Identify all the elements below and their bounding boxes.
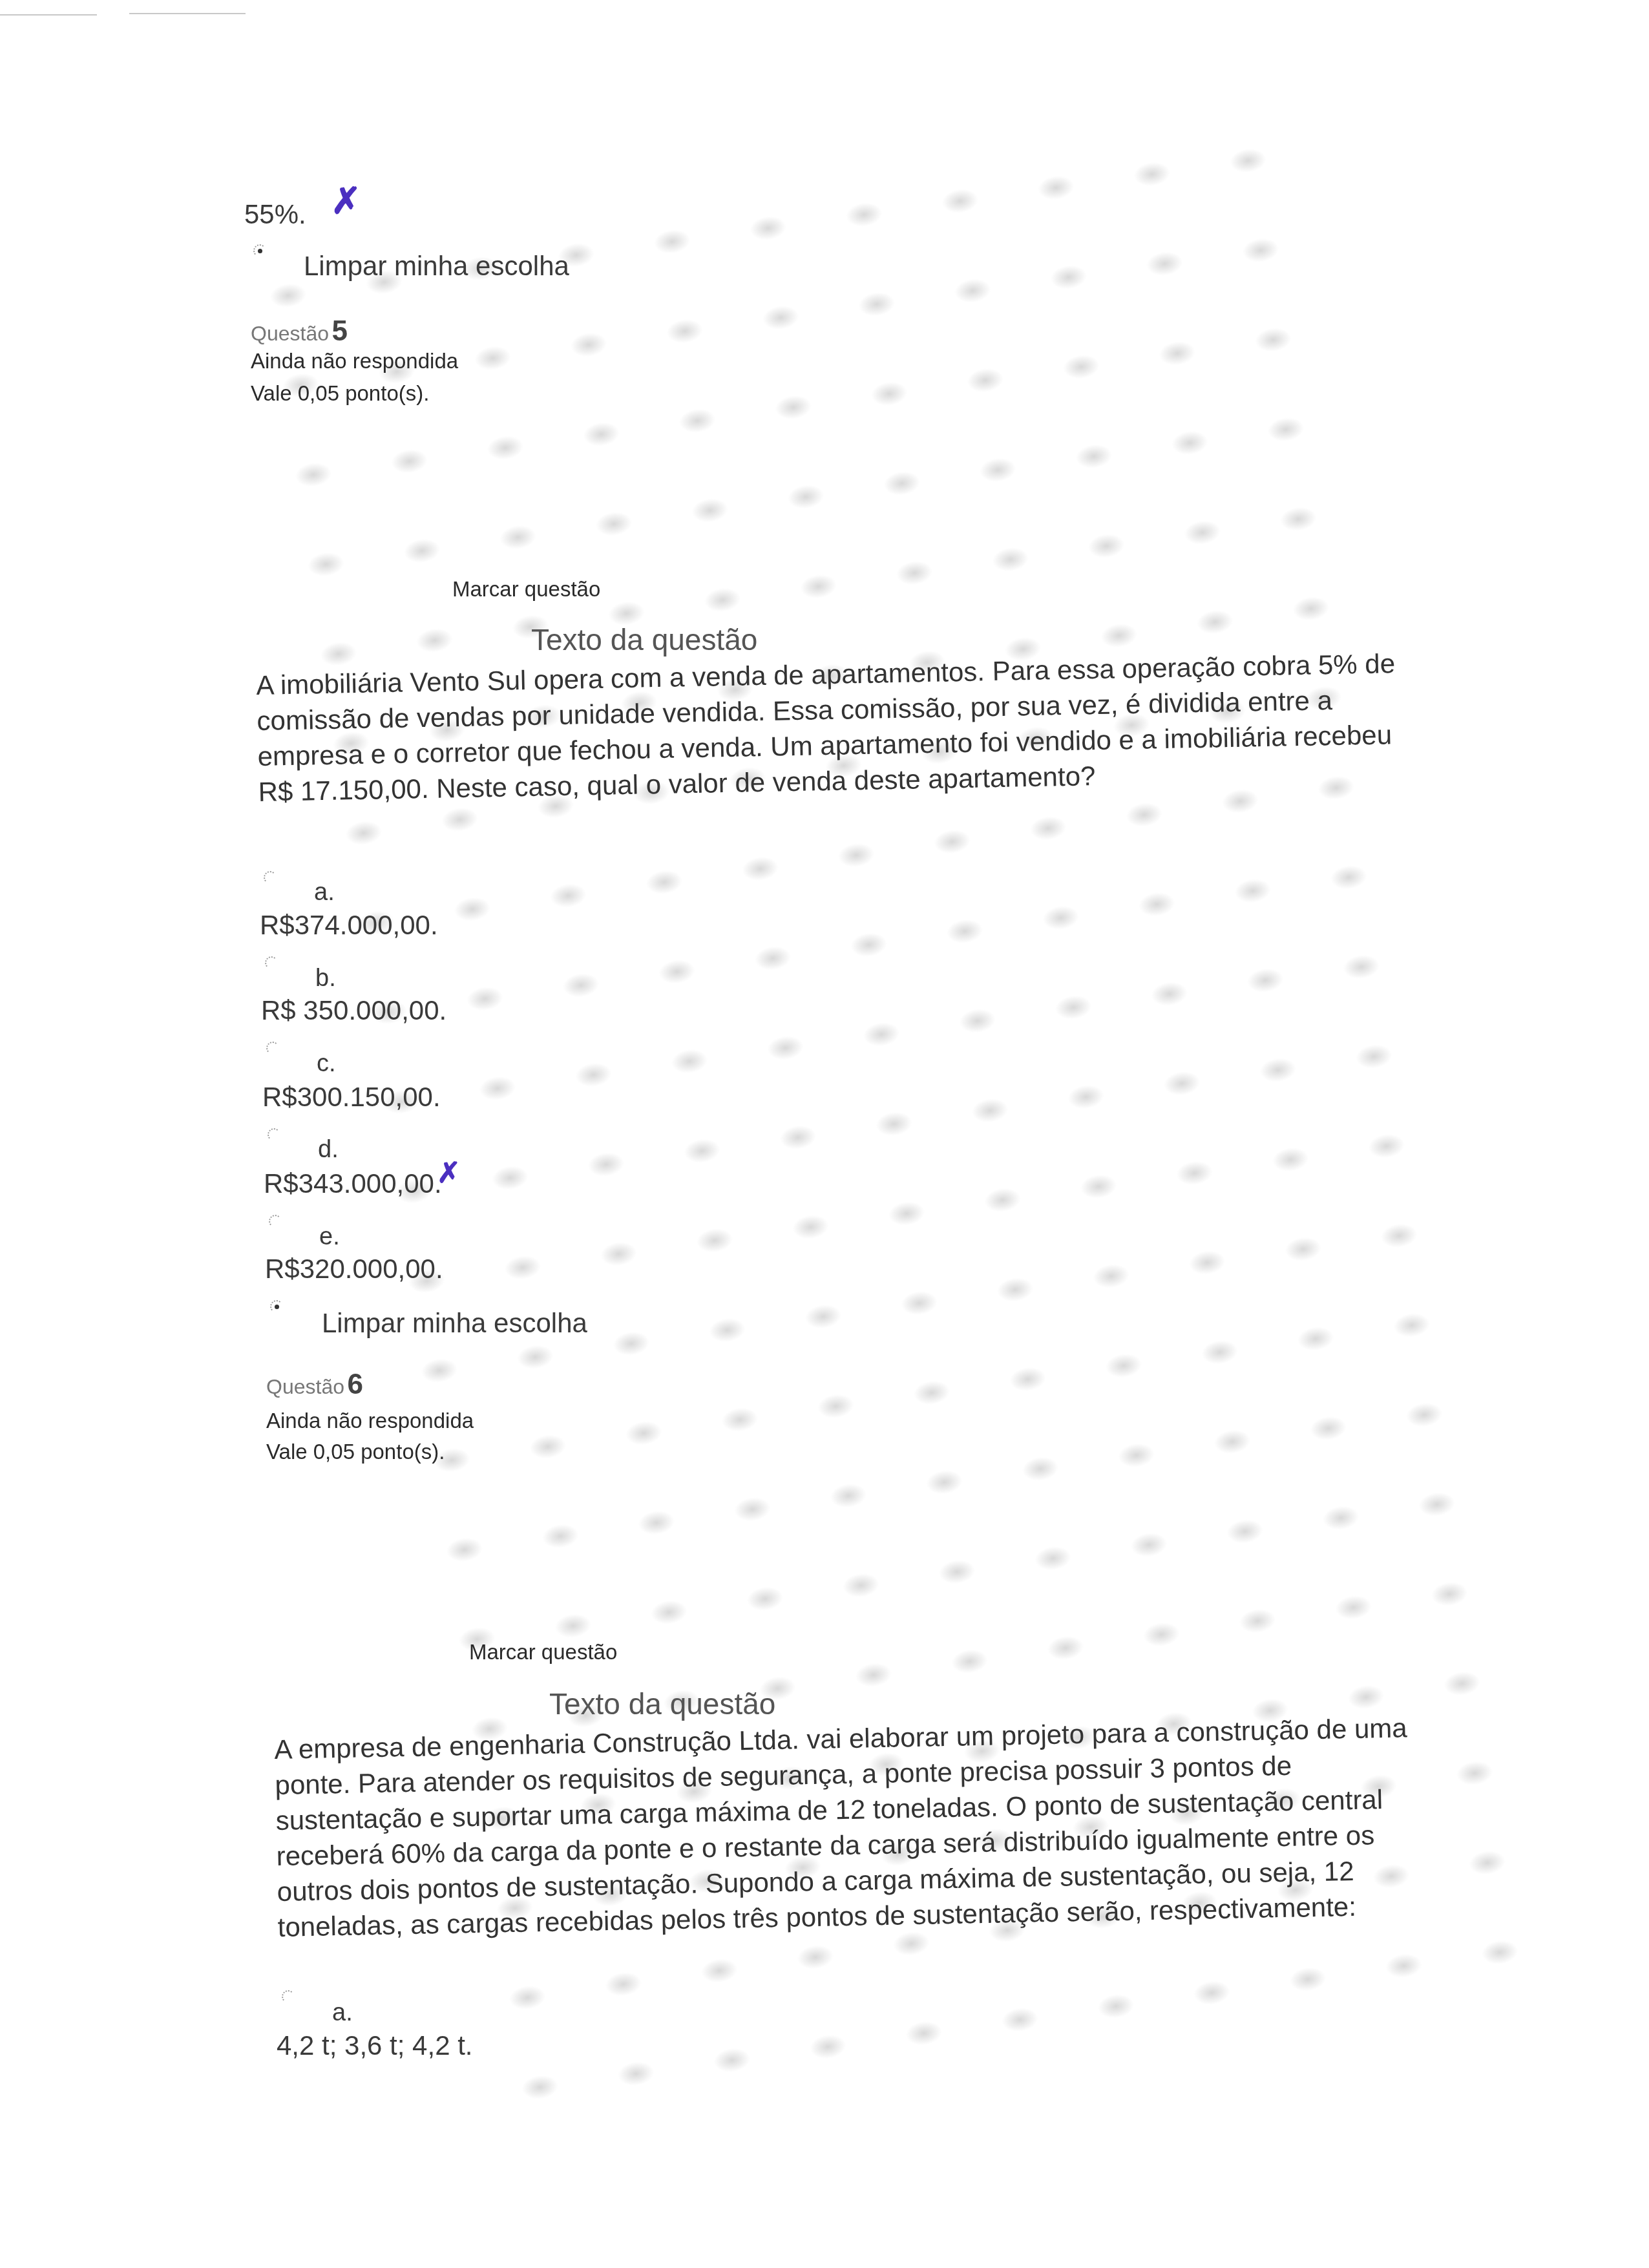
question-6-status: Ainda não respondida	[266, 1409, 474, 1433]
flag-question-5[interactable]: Marcar questão	[452, 577, 600, 602]
handwritten-mark-icon: ✗	[437, 1157, 461, 1190]
option-b-text[interactable]: R$ 350.000,00.	[261, 995, 446, 1026]
option-e-text[interactable]: R$320.000,00.	[265, 1254, 443, 1285]
question-6-header: Questão 6	[266, 1369, 363, 1401]
radio-icon[interactable]	[266, 1042, 279, 1055]
question-label: Questão	[266, 1375, 344, 1398]
option-a-text[interactable]: R$374.000,00.	[260, 910, 438, 941]
option-a-letter: a.	[314, 879, 335, 907]
scan-artifact	[129, 13, 246, 14]
handwritten-mark-icon: ✗	[331, 180, 361, 222]
scan-artifact	[0, 14, 97, 16]
question-number: 6	[347, 1369, 362, 1400]
clear-choice-q4[interactable]	[253, 244, 266, 260]
question-5-text-heading: Texto da questão	[531, 622, 757, 657]
question-5-header: Questão 5	[251, 315, 348, 348]
question-number: 5	[331, 315, 347, 347]
radio-icon[interactable]	[270, 1300, 283, 1313]
option-c-radio[interactable]	[266, 1042, 279, 1058]
question-6-points: Vale 0,05 ponto(s).	[266, 1440, 445, 1464]
question-6-text: A empresa de engenharia Construção Ltda.…	[274, 1710, 1428, 1945]
option-a-letter: a.	[332, 1999, 353, 2027]
radio-icon[interactable]	[282, 1990, 295, 2003]
radio-icon[interactable]	[253, 244, 266, 257]
option-c-text[interactable]: R$300.150,00.	[262, 1082, 441, 1113]
radio-icon[interactable]	[265, 956, 278, 969]
clear-choice-label-q4[interactable]: Limpar minha escolha	[304, 251, 569, 282]
option-b-radio[interactable]	[265, 956, 278, 972]
option-d-radio[interactable]	[268, 1128, 280, 1144]
question-5-points: Vale 0,05 ponto(s).	[251, 381, 429, 406]
option-b-letter: b.	[315, 965, 336, 992]
question-5-text: A imobiliária Vento Sul opera com a vend…	[256, 646, 1415, 810]
question-5-status: Ainda não respondida	[251, 349, 458, 373]
option-d-text[interactable]: R$343.000,00.	[264, 1168, 442, 1199]
option-a-radio[interactable]	[282, 1990, 295, 2006]
question-label: Questão	[251, 322, 329, 345]
clear-choice-q5[interactable]	[270, 1300, 283, 1316]
option-d-letter: d.	[318, 1136, 339, 1164]
radio-icon[interactable]	[268, 1128, 280, 1141]
option-c-letter: c.	[317, 1050, 336, 1078]
radio-icon[interactable]	[264, 871, 277, 884]
option-e-letter: e.	[319, 1223, 340, 1251]
clear-choice-label-q5[interactable]: Limpar minha escolha	[322, 1308, 587, 1339]
option-e-radio[interactable]	[269, 1215, 282, 1231]
flag-question-6[interactable]: Marcar questão	[469, 1640, 617, 1664]
question-6-text-heading: Texto da questão	[549, 1686, 775, 1721]
option-a-radio[interactable]	[264, 871, 277, 887]
radio-icon[interactable]	[269, 1215, 282, 1228]
previous-option-text: 55%.	[244, 199, 306, 230]
option-a-text[interactable]: 4,2 t; 3,6 t; 4,2 t.	[277, 2030, 473, 2061]
